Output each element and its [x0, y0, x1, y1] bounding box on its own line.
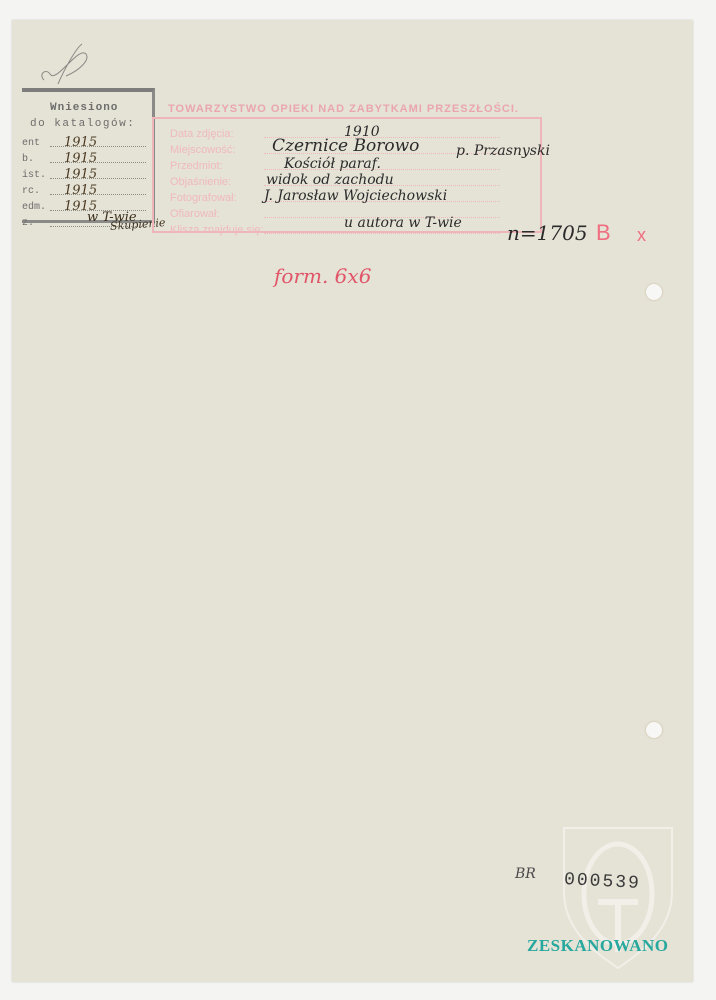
inventory-number: 000539	[564, 870, 642, 894]
inventory-prefix: BR	[515, 866, 536, 882]
field-description: Objaśnienie:widok od zachodu	[154, 173, 540, 189]
archive-card: Wniesiono do katalogów: ent1915 b.1915 i…	[12, 20, 693, 982]
pencil-signature	[36, 40, 96, 90]
field-object: Przedmiot:Kościół paraf.	[154, 157, 540, 173]
field-place: Miejscowość:Czernice Borowop. Przasnyski	[154, 141, 540, 157]
format-note: form. 6x6	[274, 264, 371, 288]
red-mark-cross: x	[637, 225, 646, 246]
punch-hole	[646, 284, 662, 300]
negative-number: n=1705	[507, 221, 588, 245]
catalog-stamp-subtitle: do katalogów:	[30, 118, 135, 130]
catalog-row: ist.1915	[22, 166, 150, 182]
society-stamp: Data zdjęcia:1910 Miejscowość:Czernice B…	[152, 117, 542, 233]
field-plate-location: Klisza znajduje się:u autora w T-wie	[154, 221, 540, 237]
catalog-row: rc.1915	[22, 182, 150, 198]
punch-hole	[646, 722, 662, 738]
catalog-stamp: Wniesiono do katalogów: ent1915 b.1915 i…	[22, 88, 155, 223]
scanned-stamp: ZESKANOWANO	[527, 936, 669, 956]
catalog-stamp-title: Wniesiono	[50, 102, 118, 114]
field-photographer: Fotografował:J. Jarosław Wojciechowski	[154, 189, 540, 205]
red-mark-letter: B	[596, 220, 611, 246]
society-stamp-header: TOWARZYSTWO OPIEKI NAD ZABYTKAMI PRZESZŁ…	[168, 103, 519, 115]
catalog-row: b.1915	[22, 150, 150, 166]
catalog-row: ent1915	[22, 134, 150, 150]
